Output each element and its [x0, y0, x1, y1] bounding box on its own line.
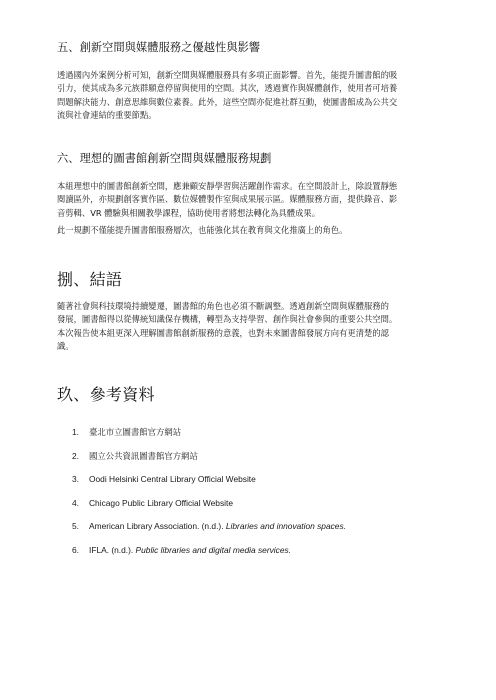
text-line: 識。: [57, 340, 447, 353]
reference-number: 4.: [72, 497, 89, 510]
reference-list: 1.臺北市立圖書館官方網站 2.國立公共資訊圖書館官方網站 3.Oodi Hel…: [72, 426, 346, 568]
text-line: 閱讀區外，亦規劃創客實作區、數位媒體製作室與成果展示區。媒體服務方面，提供錄音、…: [57, 193, 447, 206]
reference-title-italic: Libraries and innovation spaces.: [226, 521, 346, 531]
reference-text: 國立公共資訊圖書館官方網站: [89, 451, 198, 461]
reference-text: Oodi Helsinki Central Library Official W…: [89, 474, 256, 484]
reference-item: 2.國立公共資訊圖書館官方網站: [72, 450, 346, 474]
reference-item: 6.IFLA. (n.d.). Public libraries and dig…: [72, 544, 346, 568]
reference-title-italic: Public libraries and digital media servi…: [136, 545, 291, 555]
reference-number: 2.: [72, 450, 89, 463]
section-heading-ideal-planning: 六、理想的圖書館創新空間與媒體服務規劃: [57, 152, 271, 166]
reference-item: 1.臺北市立圖書館官方網站: [72, 426, 346, 450]
reference-text: 臺北市立圖書館官方網站: [89, 427, 181, 437]
section-paragraph-ideal-planning: 本組理想中的圖書館創新空間，應兼顧安靜學習與活躍創作需求。在空間設計上，除設置靜…: [57, 180, 447, 220]
text-line: 此一規劃不僅能提升圖書館服務層次，也能強化其在教育與文化推廣上的角色。: [57, 224, 447, 237]
section-paragraph-innovation-impact: 透過國內外案例分析可知，創新空間與媒體服務具有多項正面影響。首先，能提升圖書館的…: [57, 69, 447, 123]
text-line: 問題解決能力、創意思維與數位素養。此外，這些空間亦促進社群互動，使圖書館成為公共…: [57, 96, 447, 109]
reference-number: 3.: [72, 473, 89, 486]
reference-text: American Library Association. (n.d.).: [89, 521, 226, 531]
section-paragraph-ideal-planning-summary: 此一規劃不僅能提升圖書館服務層次，也能強化其在教育與文化推廣上的角色。: [57, 224, 447, 237]
section-paragraph-conclusion: 隨著社會與科技環境持續變遷，圖書館的角色也必須不斷調整。透過創新空間與媒體服務的…: [57, 300, 447, 354]
reference-item: 3.Oodi Helsinki Central Library Official…: [72, 473, 346, 497]
section-heading-innovation-impact: 五、創新空間與媒體服務之優越性與影響: [57, 41, 260, 55]
text-line: 流與社會連結的重要節點。: [57, 109, 447, 122]
text-line: 引力，使其成為多元族群願意停留與使用的空間。其次，透過實作與媒體創作，使用者可培…: [57, 82, 447, 95]
text-line: 發展，圖書館得以從傳統知識保存機構，轉型為支持學習、創作與社會參與的重要公共空間…: [57, 313, 447, 326]
reference-text: IFLA. (n.d.).: [89, 545, 136, 555]
section-heading-references: 玖、參考資料: [57, 385, 155, 405]
reference-number: 5.: [72, 520, 89, 533]
reference-item: 5.American Library Association. (n.d.). …: [72, 520, 346, 544]
text-line: 本組理想中的圖書館創新空間，應兼顧安靜學習與活躍創作需求。在空間設計上，除設置靜…: [57, 180, 447, 193]
text-line: 音剪輯、VR 體驗與相關教學課程，協助使用者將想法轉化為具體成果。: [57, 207, 447, 220]
text-line: 本次報告使本組更深入理解圖書館創新服務的意義，也對未來圖書館發展方向有更清楚的認: [57, 327, 447, 340]
reference-item: 4.Chicago Public Library Official Websit…: [72, 497, 346, 521]
text-line: 透過國內外案例分析可知，創新空間與媒體服務具有多項正面影響。首先，能提升圖書館的…: [57, 69, 447, 82]
section-heading-conclusion: 捌、結語: [57, 270, 122, 290]
reference-number: 6.: [72, 544, 89, 557]
reference-number: 1.: [72, 426, 89, 439]
document-page: 五、創新空間與媒體服務之優越性與影響 透過國內外案例分析可知，創新空間與媒體服務…: [0, 0, 496, 700]
reference-text: Chicago Public Library Official Website: [89, 498, 233, 508]
text-line: 隨著社會與科技環境持續變遷，圖書館的角色也必須不斷調整。透過創新空間與媒體服務的: [57, 300, 447, 313]
